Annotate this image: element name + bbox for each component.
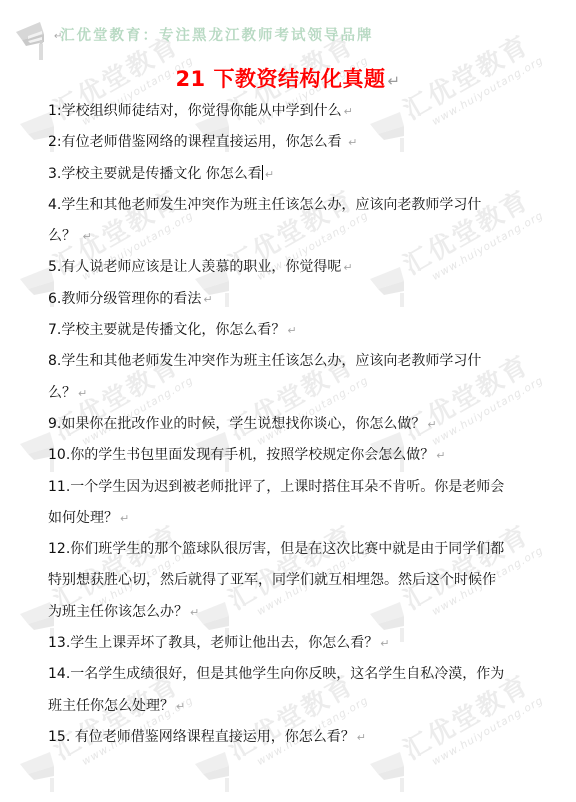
title-text: 21 下教资结构化真题 [175,67,385,91]
question-text: 如何处理？ [48,510,118,526]
question-text: 特别想获胜心切，然后就得了亚军，同学们就互相埋怨。然后这个时候作 [48,572,496,588]
question-text: 15. 有位老师借鉴网络课程直接运用，你怎么看？ [48,729,355,745]
question-line[interactable]: 1:学校组织师徒结对，你觉得你能从中学到什么↵ [48,100,548,131]
question-line[interactable]: 10.你的学生书包里面发现有手机，按照学校规定你会怎么做？↵ [48,444,548,475]
question-line[interactable]: 9.如果你在批改作业的时候，学生说想找你谈心，你怎么做？↵ [48,413,548,444]
question-line[interactable]: 7.学校主要就是传播文化，你怎么看？↵ [48,319,548,350]
question-line[interactable]: 12.你们班学生的那个篮球队很厉害，但是在这次比赛中就是由于同学们都 [48,538,548,569]
document-header: ↵ 汇优堂教育：专注黑龙江教师考试领导品牌 [14,18,374,62]
question-text: 么？ [48,385,76,401]
question-line[interactable]: 么？↵ [48,382,548,413]
question-text: 11.一个学生因为迟到被老师批评了，上课时搭住耳朵不肯听。你是老师会 [48,479,504,495]
question-line[interactable]: 如何处理？↵ [48,507,548,538]
question-text: 5.有人说老师应该是让人羡慕的职业，你觉得呢 [48,259,341,275]
graduation-cap-logo-icon [14,18,54,62]
question-text: 7.学校主要就是传播文化，你怎么看？ [48,322,285,338]
question-line[interactable]: 2:有位老师借鉴网络的课程直接运用，你怎么看 ↵ [48,131,548,162]
question-text: 1:学校组织师徒结对，你觉得你能从中学到什么 [48,103,342,119]
paragraph-mark-icon: ↵ [203,293,212,306]
question-text: 4.学生和其他老师发生冲突作为班主任该怎么办，应该向老教师学习什 [48,197,481,213]
question-text: 13.学生上课弄坏了教具，老师让他出去，你怎么看？ [48,635,378,651]
question-text: 8.学生和其他老师发生冲突作为班主任该怎么办，应该向老教师学习什 [48,353,481,369]
paragraph-mark-icon: ↵ [344,105,353,118]
paragraph-mark-icon: ↵ [78,387,87,400]
question-text: 么？ [48,228,80,244]
question-line[interactable]: 3.学校主要就是传播文化 你怎么看↵ [48,163,548,194]
question-line[interactable]: 5.有人说老师应该是让人羡慕的职业，你觉得呢↵ [48,256,548,287]
question-line[interactable]: 11.一个学生因为迟到被老师批评了，上课时搭住耳朵不肯听。你是老师会 [48,476,548,507]
paragraph-mark-icon: ↵ [54,31,62,42]
document-page: 汇优堂教育www.huiyoutang.org汇优堂教育www.huiyouta… [0,0,576,802]
question-line[interactable]: 么？ ↵ [48,225,548,256]
question-line[interactable]: 8.学生和其他老师发生冲突作为班主任该怎么办，应该向老教师学习什 [48,350,548,381]
question-line[interactable]: 15. 有位老师借鉴网络课程直接运用，你怎么看？↵ [48,726,548,757]
paragraph-mark-icon: ↵ [348,136,357,149]
question-text: 3.学校主要就是传播文化 你怎么看 [48,166,262,182]
question-line[interactable]: 为班主任你该怎么办？↵ [48,601,548,632]
question-text: 12.你们班学生的那个篮球队很厉害，但是在这次比赛中就是由于同学们都 [48,541,504,557]
paragraph-mark-icon: ↵ [176,700,185,713]
question-list[interactable]: 1:学校组织师徒结对，你觉得你能从中学到什么↵2:有位老师借鉴网络的课程直接运用… [48,100,548,757]
brand-slogan: 汇优堂教育：专注黑龙江教师考试领导品牌 [60,24,374,45]
question-text: 6.教师分级管理你的看法 [48,291,201,307]
paragraph-mark-icon: ↵ [436,449,445,462]
paragraph-mark-icon: ↵ [287,324,296,337]
paragraph-mark-icon: ↵ [387,72,400,90]
paragraph-mark-icon: ↵ [357,731,366,744]
question-line[interactable]: 班主任你怎么处理？↵ [48,695,548,726]
paragraph-mark-icon: ↵ [265,168,274,181]
question-text: 14.一名学生成绩很好，但是其他学生向你反映，这名学生自私冷漠，作为 [48,666,504,682]
question-line[interactable]: 14.一名学生成绩很好，但是其他学生向你反映，这名学生自私冷漠，作为 [48,663,548,694]
paragraph-mark-icon: ↵ [190,606,199,619]
question-text: 10.你的学生书包里面发现有手机，按照学校规定你会怎么做？ [48,447,434,463]
paragraph-mark-icon: ↵ [427,418,436,431]
text-cursor [262,165,263,180]
question-text: 班主任你怎么处理？ [48,698,174,714]
paragraph-mark-icon: ↵ [120,512,129,525]
question-text: 9.如果你在批改作业的时候，学生说想找你谈心，你怎么做？ [48,416,425,432]
question-text: 2:有位老师借鉴网络的课程直接运用，你怎么看 [48,134,346,150]
paragraph-mark-icon: ↵ [380,637,389,650]
question-line[interactable]: 特别想获胜心切，然后就得了亚军，同学们就互相埋怨。然后这个时候作 [48,569,548,600]
question-text: 为班主任你该怎么办？ [48,604,188,620]
question-line[interactable]: 6.教师分级管理你的看法↵ [48,288,548,319]
paragraph-mark-icon: ↵ [343,261,352,274]
paragraph-mark-icon: ↵ [82,230,91,243]
question-line[interactable]: 13.学生上课弄坏了教具，老师让他出去，你怎么看？↵ [48,632,548,663]
document-title[interactable]: 21 下教资结构化真题↵ [0,63,576,93]
question-line[interactable]: 4.学生和其他老师发生冲突作为班主任该怎么办，应该向老教师学习什 [48,194,548,225]
